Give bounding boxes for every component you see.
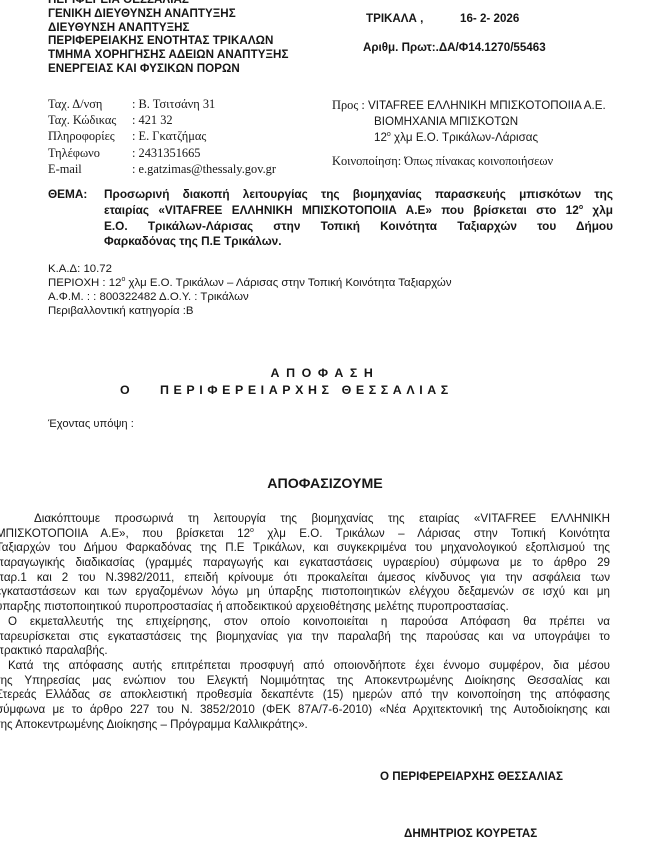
issuing-authority: ΠΕΡΙΦΕΡΕΙΑ ΘΕΣΣΑΛΙΑΣ ΓΕΝΙΚΗ ΔΙΕΥΘΥΝΣΗ ΑΝ… [48, 0, 288, 76]
recipient-label: Προς : [332, 98, 365, 112]
kad-code: Κ.Α.Δ: 10.72 [48, 262, 452, 276]
body-line: εγκαταστάσεων και των εργαζομένων λόγω μ… [0, 585, 610, 600]
recipient-line2: ΒΙΟΜΗΧΑΝΙΑ ΜΠΙΣΚΟΤΩΝ [332, 114, 606, 130]
authority-line: ΕΝΕΡΓΕΙΑΣ ΚΑΙ ΦΥΣΙΚΩΝ ΠΟΡΩΝ [48, 62, 288, 76]
contact-value: : Β. Τσιτσάνη 31 [132, 96, 215, 112]
contact-row-address: Ταχ. Δ/νση : Β. Τσιτσάνη 31 [48, 96, 276, 112]
contact-value: : 2431351665 [132, 145, 201, 161]
cc-label: Κοινοποίηση: [332, 154, 401, 168]
business-metadata: Κ.Α.Δ: 10.72 ΠΕΡΙΟΧΗ : 12ο χλμ Ε.Ο. Τρικ… [48, 262, 452, 318]
body-line: Ο εκμεταλλευτής της επιχείρησης, στον οπ… [0, 615, 610, 630]
contact-label: Ταχ. Δ/νση [48, 96, 132, 112]
cc-line: Κοινοποίηση: Όπως πίνακας κοινοποιήσεων [332, 154, 553, 169]
decision-body: Διακόπτουμε προσωρινά τη λειτουργία της … [0, 512, 610, 732]
signer-title: Ο ΠΕΡΙΦΕΡΕΙΑΡΧΗΣ ΘΕΣΣΑΛΙΑΣ [380, 770, 563, 783]
decision-authority: ΟΠΕΡΙΦΕΡΕΙΑΡΧΗΣ ΘΕΣΣΑΛΙΑΣ [120, 383, 453, 397]
body-line: ΜΠΙΣΚΟΤΟΠΟΙΙΑ Α.Ε», που βρίσκεται 12ο χλ… [0, 527, 610, 542]
contact-label: E-mail [48, 161, 132, 177]
body-line: Διακόπτουμε προσωρινά τη λειτουργία της … [0, 512, 610, 527]
signer-name: ΔΗΜΗΤΡΙΟΣ ΚΟΥΡΕΤΑΣ [404, 827, 537, 840]
body-line: Ταξιαρχών του Δήμου Φαρκαδόνας της Π.Ε Τ… [0, 541, 610, 556]
contact-row-email: E-mail : e.gatzimas@thessaly.gov.gr [48, 161, 276, 177]
authority-line: ΓΕΝΙΚΗ ΔΙΕΥΘΥΝΣΗ ΑΝΑΠΤΥΞΗΣ [48, 7, 288, 21]
subject-line: εταιρίας «VITAFREE ΕΛΛΗΝΙΚΗ ΜΠΙΣΚΟΤΟΠΟΙΙ… [104, 203, 613, 219]
body-line: της Αποκεντρωμένης Διοίκησης – Πρόγραμμα… [0, 718, 610, 733]
protocol-number: Αριθμ. Πρωτ:.ΔΑ/Φ14.1270/55463 [363, 41, 546, 54]
document-date: 16- 2- 2026 [460, 12, 519, 25]
body-line: παρευρίσκεται στις εγκαταστάσεις της βιο… [0, 630, 610, 645]
we-decide-heading: ΑΠΟΦΑΣΙΖΟΥΜΕ [0, 476, 650, 492]
authority-line: ΤΜΗΜΑ ΧΟΡΗΓΗΣΗΣ ΑΔΕΙΩΝ ΑΝΑΠΤΥΞΗΣ [48, 48, 288, 62]
body-line: παραγωγικής διαδικασίας (γραμμές παραγωγ… [0, 556, 610, 571]
authority-line: ΠΕΡΙΦΕΡΕΙΑ ΘΕΣΣΑΛΙΑΣ [48, 0, 288, 7]
contact-row-postcode: Ταχ. Κώδικας : 421 32 [48, 112, 276, 128]
environmental-category: Περιβαλλοντική κατηγορία :Β [48, 304, 452, 318]
decision-title: ΑΠΟΦΑΣΗ [0, 366, 650, 380]
subject-line: Φαρκαδόνας της Π.Ε Τρικάλων. [104, 234, 613, 250]
tax-info: Α.Φ.Μ. : : 800322482 Δ.Ο.Υ. : Τρικάλων [48, 290, 452, 304]
recipient-name: VITAFREE ΕΛΛΗΝΙΚΗ ΜΠΙΣΚΟΤΟΠΟΙΙΑ Α.Ε. [368, 99, 606, 112]
contact-email: : e.gatzimas@thessaly.gov.gr [132, 161, 276, 177]
cc-value: Όπως πίνακας κοινοποιήσεων [401, 154, 553, 168]
contact-label: Πληροφορίες [48, 128, 132, 144]
body-line: σύμφωνα με το άρθρο 227 του Ν. 3852/2010… [0, 703, 610, 718]
subject-line: Ε.Ο. Τρικάλων-Λάρισας στην Τοπική Κοινότ… [104, 219, 613, 235]
considering-label: Έχοντας υπόψη : [48, 418, 134, 430]
body-line: πρακτικό παραλαβής. [0, 644, 610, 659]
contact-details: Ταχ. Δ/νση : Β. Τσιτσάνη 31 Ταχ. Κώδικας… [48, 96, 276, 177]
body-line: παρ.1 και 2 του Ν.3982/2011, επειδή κρίν… [0, 571, 610, 586]
contact-label: Ταχ. Κώδικας [48, 112, 132, 128]
subject-block: ΘΕΜΑ: Προσωρινή διακοπή λειτουργίας της … [48, 187, 613, 250]
body-line: Κατά της απόφασης αυτής επιτρέπεται προσ… [0, 659, 610, 674]
contact-row-phone: Τηλέφωνο : 2431351665 [48, 145, 276, 161]
body-line: της Υπηρεσίας μας ενώπιον του Ελεγκτή Νο… [0, 674, 610, 689]
recipient-address: 12ο χλμ Ε.Ο. Τρικάλων-Λάρισας [332, 130, 606, 146]
contact-value: : Ε. Γκατζήμας [132, 128, 206, 144]
authority-line: ΔΙΕΥΘΥΝΣΗ ΑΝΑΠΤΥΞΗΣ [48, 21, 288, 35]
subject-label: ΘΕΜΑ: [48, 187, 87, 203]
area: ΠΕΡΙΟΧΗ : 12ο χλμ Ε.Ο. Τρικάλων – Λάρισα… [48, 276, 452, 290]
contact-label: Τηλέφωνο [48, 145, 132, 161]
authority-line: ΠΕΡΙΦΕΡΕΙΑΚΗΣ ΕΝΟΤΗΤΑΣ ΤΡΙΚΑΛΩΝ [48, 34, 288, 48]
body-line: ύπαρξης πιστοποιητικού πυροπροστασίας ή … [0, 600, 610, 615]
subject-line: Προσωρινή διακοπή λειτουργίας της βιομηχ… [104, 187, 613, 203]
contact-value: : 421 32 [132, 112, 173, 128]
body-line: Στερεάς Ελλάδας σε αποκλειστική προθεσμί… [0, 688, 610, 703]
document-city: ΤΡΙΚΑΛΑ , [366, 12, 423, 25]
recipient-block: Προς : VITAFREE ΕΛΛΗΝΙΚΗ ΜΠΙΣΚΟΤΟΠΟΙΙΑ Α… [332, 97, 606, 146]
contact-row-info: Πληροφορίες : Ε. Γκατζήμας [48, 128, 276, 144]
